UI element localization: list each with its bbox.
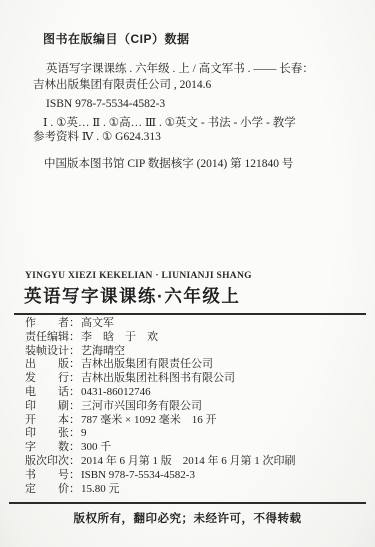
colophon-row-edition: 版次印次：2014 年 6 月第 1 版 2014 年 6 月第 1 次印刷 [25, 455, 363, 469]
colophon-table: 作 者：高文军 责任编辑：李 晗 于 欢 装帧设计：艺海晴空 出 版：吉林出版集… [25, 317, 363, 496]
row-value: 300 千 [81, 441, 111, 453]
copyright-page: 图书在版编目（CIP）数据 英语写字课课练 . 六年级 . 上 / 高文军书 .… [0, 0, 375, 547]
row-label: 开 本： [25, 414, 80, 426]
row-label: 印 张： [25, 427, 80, 439]
row-label: 发 行： [25, 372, 80, 384]
colophon-row-publisher: 出 版：吉林出版集团有限责任公司 [25, 358, 363, 372]
colophon-row-sheets: 印 张：9 [25, 427, 363, 441]
row-value: 吉林出版集团有限责任公司 [81, 358, 213, 370]
colophon-row-wordcount: 字 数：300 千 [25, 441, 363, 455]
row-label: 作 者： [25, 317, 80, 329]
colophon-row-price: 定 价：15.80 元 [25, 483, 363, 497]
row-value: 三河市兴国印务有限公司 [81, 400, 202, 412]
row-label: 书 号： [25, 469, 80, 481]
cip-class-line-2: 参考资料 Ⅳ . ① G624.313 [33, 131, 363, 145]
colophon-row-phone: 电 话：0431-86012746 [25, 386, 363, 400]
row-label: 定 价： [25, 483, 80, 495]
row-value: 李 晗 于 欢 [81, 331, 158, 343]
row-value: 高文军 [81, 317, 114, 329]
book-title-chinese: 英语写字课课练·六年级上 [24, 283, 240, 308]
copyright-notice: 版权所有，翻印必究；未经许可，不得转载 [0, 510, 375, 526]
row-value: 787 毫米 × 1092 毫米 16 开 [81, 414, 216, 426]
row-value: 9 [81, 427, 87, 439]
cip-classification: Ⅰ . ①英… Ⅱ . ①高… Ⅲ . ①英文 - 书法 - 小学 - 教学 参… [33, 117, 363, 144]
colophon-row-author: 作 者：高文军 [25, 317, 363, 331]
row-label: 电 话： [25, 386, 80, 398]
row-value: ISBN 978-7-5534-4582-3 [81, 469, 195, 481]
colophon-row-distributor: 发 行：吉林出版集团社科图书有限公司 [25, 372, 363, 386]
cip-header: 图书在版编目（CIP）数据 [43, 30, 190, 47]
row-label: 出 版： [25, 358, 80, 370]
colophon-row-format: 开 本：787 毫米 × 1092 毫米 16 开 [25, 414, 363, 428]
colophon-row-editor: 责任编辑：李 晗 于 欢 [25, 331, 363, 345]
row-label: 装帧设计： [25, 345, 80, 357]
colophon-row-isbn: 书 号：ISBN 978-7-5534-4582-3 [25, 469, 363, 483]
book-title-pinyin: YINGYU XIEZI KEKELIAN · LIUNIANJI SHANG [25, 271, 252, 281]
row-value: 0431-86012746 [81, 386, 151, 398]
row-value: 2014 年 6 月第 1 版 2014 年 6 月第 1 次印刷 [81, 455, 296, 467]
divider-line-bottom [9, 502, 366, 504]
row-label: 印 刷： [25, 400, 80, 412]
cip-class-line-1: Ⅰ . ①英… Ⅱ . ①高… Ⅲ . ①英文 - 书法 - 小学 - 教学 [43, 117, 363, 131]
row-value: 艺海晴空 [81, 345, 125, 357]
cip-line-2: 吉林出版集团有限责任公司 , 2014.6 [33, 77, 353, 93]
cip-paragraph: 英语写字课课练 . 六年级 . 上 / 高文军书 . —— 长春： 吉林出版集团… [33, 61, 353, 112]
cip-record-number: 中国版本图书馆 CIP 数据核字 (2014) 第 121840 号 [44, 155, 293, 171]
divider-line-top [14, 313, 366, 315]
colophon-row-printer: 印 刷：三河市兴国印务有限公司 [25, 400, 363, 414]
row-label: 字 数： [25, 441, 80, 453]
colophon-row-design: 装帧设计：艺海晴空 [25, 345, 363, 359]
row-value: 吉林出版集团社科图书有限公司 [81, 372, 235, 384]
row-value: 15.80 元 [81, 483, 120, 495]
row-label: 责任编辑： [25, 331, 80, 343]
row-label: 版次印次： [25, 455, 80, 467]
cip-isbn: ISBN 978-7-5534-4582-3 [46, 96, 353, 112]
cip-line-1: 英语写字课课练 . 六年级 . 上 / 高文军书 . —— 长春： [46, 61, 353, 77]
